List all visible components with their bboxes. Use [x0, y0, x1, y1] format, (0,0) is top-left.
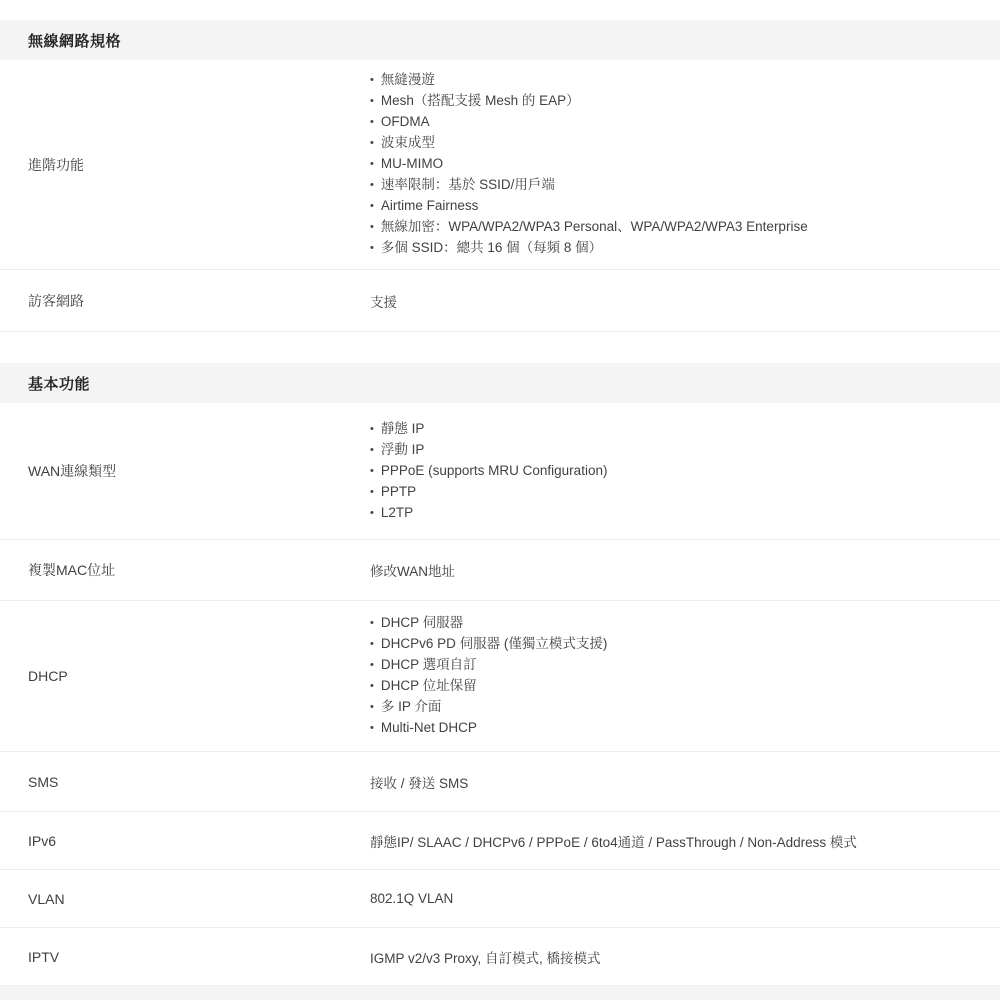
bullet-item: •PPPoE (supports MRU Configuration)	[370, 461, 960, 482]
row-label: VLAN	[0, 891, 370, 907]
bullet-list: •靜態 IP •浮動 IP •PPPoE (supports MRU Confi…	[370, 419, 960, 524]
row-value: 靜態IP/ SLAAC / DHCPv6 / PPPoE / 6to4通道 / …	[370, 831, 1000, 851]
bullet-dot-icon: •	[370, 70, 374, 90]
bullet-text: MU-MIMO	[381, 154, 443, 174]
bullet-dot-icon: •	[370, 91, 374, 111]
bullet-dot-icon: •	[370, 440, 374, 460]
bullet-dot-icon: •	[370, 154, 374, 174]
bullet-item: •Multi-Net DHCP	[370, 718, 960, 739]
row-label: WAN連線類型	[0, 461, 370, 481]
bullet-dot-icon: •	[370, 196, 374, 216]
bullet-dot-icon: •	[370, 676, 374, 696]
bullet-dot-icon: •	[370, 482, 374, 502]
bullet-text: 波束成型	[381, 133, 435, 153]
bullet-dot-icon: •	[370, 112, 374, 132]
bullet-item: •L2TP	[370, 503, 960, 524]
spec-row-vlan: VLAN 802.1Q VLAN	[0, 870, 1000, 928]
row-value: •DHCP 伺服器 •DHCPv6 PD 伺服器 (僅獨立模式支援) •DHCP…	[370, 613, 1000, 739]
section-title: 基本功能	[28, 373, 90, 394]
bullet-item: •MU-MIMO	[370, 154, 960, 175]
bullet-dot-icon: •	[370, 217, 374, 237]
bullet-item: •無縫漫遊	[370, 70, 960, 91]
bullet-item: •多 IP 介面	[370, 697, 960, 718]
row-value: 修改WAN地址	[370, 560, 1000, 580]
bullet-dot-icon: •	[370, 634, 374, 654]
section-header-wireless-spec: 無線網路規格	[0, 20, 1000, 60]
row-value: 支援	[370, 291, 1000, 311]
bullet-text: OFDMA	[381, 112, 430, 132]
bullet-list: •無縫漫遊 •Mesh（搭配支援 Mesh 的 EAP） •OFDMA •波束成…	[370, 70, 960, 259]
bullet-dot-icon: •	[370, 655, 374, 675]
bullet-dot-icon: •	[370, 718, 374, 738]
bullet-text: DHCP 伺服器	[381, 613, 463, 633]
bullet-dot-icon: •	[370, 613, 374, 633]
spec-row-sms: SMS 接收 / 發送 SMS	[0, 752, 1000, 812]
row-label: SMS	[0, 774, 370, 790]
row-label: 進階功能	[0, 155, 370, 175]
row-label: DHCP	[0, 668, 370, 684]
bullet-dot-icon: •	[370, 697, 374, 717]
row-label: IPTV	[0, 949, 370, 965]
bullet-text: 無線加密：WPA/WPA2/WPA3 Personal、WPA/WPA2/WPA…	[381, 217, 808, 237]
bullet-item: •靜態 IP	[370, 419, 960, 440]
bullet-text: 靜態 IP	[381, 419, 425, 439]
bullet-text: 多 IP 介面	[381, 697, 442, 717]
bullet-item: •多個 SSID：總共 16 個（每頻 8 個）	[370, 238, 960, 259]
bullet-text: DHCPv6 PD 伺服器 (僅獨立模式支援)	[381, 634, 608, 654]
section-title: 無線網路規格	[28, 30, 121, 51]
bullet-item: •浮動 IP	[370, 440, 960, 461]
bullet-text: 浮動 IP	[381, 440, 425, 460]
bullet-text: PPPoE (supports MRU Configuration)	[381, 461, 608, 481]
row-value: •無縫漫遊 •Mesh（搭配支援 Mesh 的 EAP） •OFDMA •波束成…	[370, 70, 1000, 259]
row-value: 接收 / 發送 SMS	[370, 772, 1000, 792]
bullet-item: •Mesh（搭配支援 Mesh 的 EAP）	[370, 91, 960, 112]
row-label: 訪客網路	[0, 291, 370, 311]
row-label: IPv6	[0, 833, 370, 849]
bullet-item: •Airtime Fairness	[370, 196, 960, 217]
spec-page: 無線網路規格 進階功能 •無縫漫遊 •Mesh（搭配支援 Mesh 的 EAP）…	[0, 0, 1000, 1000]
bullet-dot-icon: •	[370, 175, 374, 195]
spec-row-clone-mac-address: 複製MAC位址 修改WAN地址	[0, 540, 1000, 601]
section-header-basic-features: 基本功能	[0, 363, 1000, 403]
bullet-item: •DHCP 伺服器	[370, 613, 960, 634]
bullet-dot-icon: •	[370, 503, 374, 523]
bullet-text: Multi-Net DHCP	[381, 718, 477, 738]
section-gap	[0, 332, 1000, 363]
spec-row-guest-network: 訪客網路 支援	[0, 270, 1000, 332]
bullet-text: L2TP	[381, 503, 413, 523]
bullet-text: PPTP	[381, 482, 416, 502]
row-label: 複製MAC位址	[0, 560, 370, 580]
spec-row-dhcp: DHCP •DHCP 伺服器 •DHCPv6 PD 伺服器 (僅獨立模式支援) …	[0, 601, 1000, 752]
bullet-item: •波束成型	[370, 133, 960, 154]
row-value: •靜態 IP •浮動 IP •PPPoE (supports MRU Confi…	[370, 419, 1000, 524]
next-section-header-partial	[0, 986, 1000, 1000]
spec-row-iptv: IPTV IGMP v2/v3 Proxy, 自訂模式, 橋接模式	[0, 928, 1000, 986]
bullet-dot-icon: •	[370, 133, 374, 153]
bullet-item: •速率限制：基於 SSID/用戶端	[370, 175, 960, 196]
bullet-text: 多個 SSID：總共 16 個（每頻 8 個）	[381, 238, 602, 258]
bullet-text: DHCP 選項自訂	[381, 655, 477, 675]
spec-row-wan-connection-type: WAN連線類型 •靜態 IP •浮動 IP •PPPoE (supports M…	[0, 403, 1000, 540]
bullet-list: •DHCP 伺服器 •DHCPv6 PD 伺服器 (僅獨立模式支援) •DHCP…	[370, 613, 960, 739]
bullet-text: DHCP 位址保留	[381, 676, 477, 696]
row-value: IGMP v2/v3 Proxy, 自訂模式, 橋接模式	[370, 947, 1000, 967]
bullet-dot-icon: •	[370, 461, 374, 481]
bullet-text: Airtime Fairness	[381, 196, 479, 216]
bullet-item: •PPTP	[370, 482, 960, 503]
bullet-text: Mesh（搭配支援 Mesh 的 EAP）	[381, 91, 580, 111]
bullet-item: •DHCPv6 PD 伺服器 (僅獨立模式支援)	[370, 634, 960, 655]
bullet-text: 無縫漫遊	[381, 70, 435, 90]
bullet-item: •DHCP 位址保留	[370, 676, 960, 697]
spec-row-ipv6: IPv6 靜態IP/ SLAAC / DHCPv6 / PPPoE / 6to4…	[0, 812, 1000, 870]
bullet-dot-icon: •	[370, 238, 374, 258]
spec-row-advanced-features: 進階功能 •無縫漫遊 •Mesh（搭配支援 Mesh 的 EAP） •OFDMA…	[0, 60, 1000, 270]
bullet-item: •DHCP 選項自訂	[370, 655, 960, 676]
bullet-text: 速率限制：基於 SSID/用戶端	[381, 175, 555, 195]
row-value: 802.1Q VLAN	[370, 891, 1000, 906]
bullet-dot-icon: •	[370, 419, 374, 439]
bullet-item: •OFDMA	[370, 112, 960, 133]
bullet-item: •無線加密：WPA/WPA2/WPA3 Personal、WPA/WPA2/WP…	[370, 217, 960, 238]
